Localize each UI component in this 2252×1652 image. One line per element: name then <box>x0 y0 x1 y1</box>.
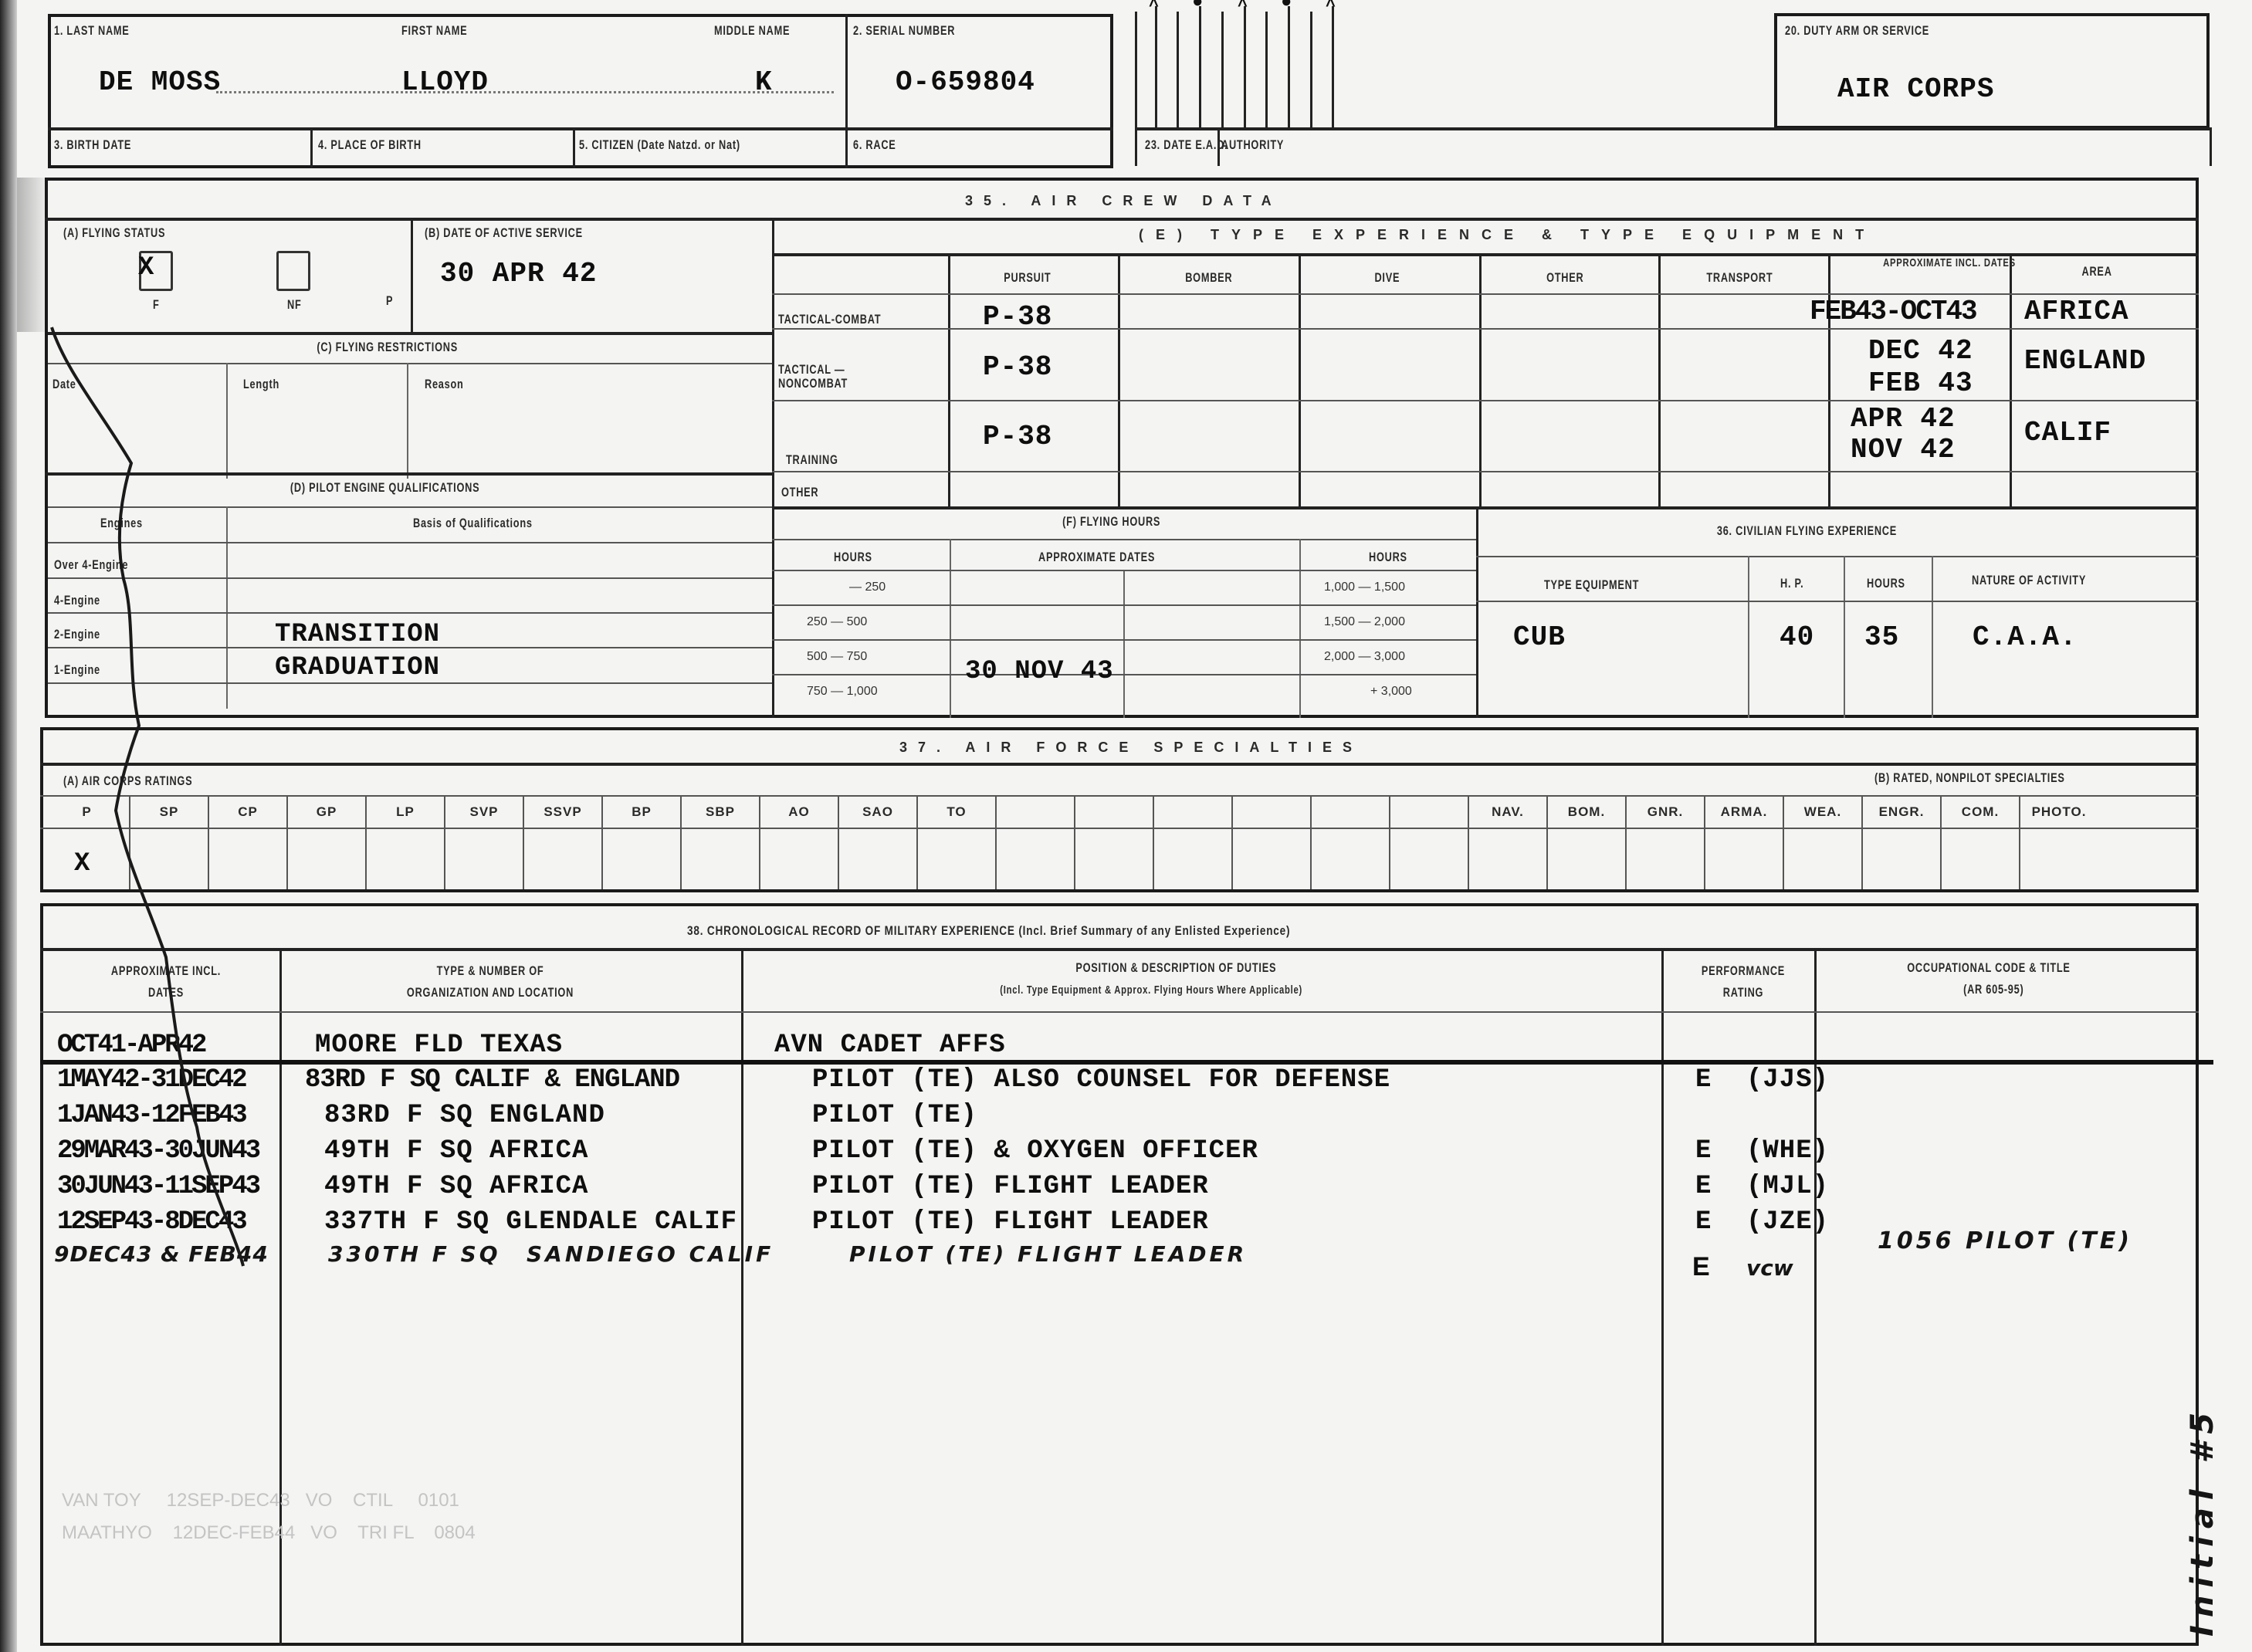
serial-number-label: 2. SERIAL NUMBER <box>853 23 955 39</box>
flying-status-f-checkbox[interactable]: X <box>139 251 173 291</box>
nonpilot-cell-bom[interactable]: BOM. <box>1548 795 1627 889</box>
rating-cell-ao[interactable]: AO <box>760 795 839 889</box>
civ-nature-value: C.A.A. <box>1973 621 2078 653</box>
last-name-value: DE MOSS <box>99 66 221 98</box>
chronological-title: 38. CHRONOLOGICAL RECORD OF MILITARY EXP… <box>687 923 1290 939</box>
nonpilot-cell-engr[interactable]: ENGR. <box>1863 795 1942 889</box>
heavy-rule <box>40 1060 2213 1065</box>
middle-name-label: MIDDLE NAME <box>714 23 790 39</box>
nonpilot-cell-arma[interactable]: ARMA. <box>1705 795 1784 889</box>
rating-cell-svp[interactable]: SVP <box>445 795 524 889</box>
hours-col-left: HOURS <box>834 550 872 565</box>
nonpilot-cell-photo[interactable]: PHOTO. <box>2020 795 2098 889</box>
basis-col-label: Basis of Qualifications <box>413 516 533 531</box>
rating-cell-ssvp[interactable]: SSVP <box>524 795 603 889</box>
type-col-area: AREA <box>2082 264 2112 279</box>
hours-range-right-3: 2,000 — 3,000 <box>1324 650 1405 664</box>
type-col-pursuit: PURSUIT <box>1004 270 1051 286</box>
binding-shadow <box>17 178 48 332</box>
approx-dates-col: APPROXIMATE DATES <box>1038 550 1155 565</box>
chrono-col-occupation-sub: (AR 605-95) <box>1963 982 2023 997</box>
type-col-dates: APPROXIMATE INCL. DATES <box>1883 256 2017 270</box>
training-pursuit: P-38 <box>983 421 1052 452</box>
specialties-title: 37. AIR FORCE SPECIALTIES <box>899 740 1363 756</box>
type-experience-label: (E) TYPE EXPERIENCE & TYPE EQUIPMENT <box>1139 227 1876 243</box>
nonpilot-label: (B) RATED, NONPILOT SPECIALTIES <box>1874 770 2065 786</box>
training-area: CALIF <box>2024 417 2111 449</box>
margin-initials: Initial #5 <box>2185 1405 2220 1637</box>
civ-col-hp: H. P. <box>1780 576 1803 591</box>
nonpilot-cell-wea[interactable]: WEA. <box>1784 795 1863 889</box>
civ-hp-value: 40 <box>1780 621 1814 653</box>
flying-hours-date-value: 30 NOV 43 <box>965 657 1114 686</box>
civ-col-hours: HOURS <box>1867 576 1905 591</box>
hours-range-right-4: + 3,000 <box>1370 685 1412 699</box>
nonpilot-cell-com[interactable]: COM. <box>1942 795 2020 889</box>
type-col-bomber: BOMBER <box>1185 270 1232 286</box>
rating-cell-sao[interactable]: SAO <box>839 795 918 889</box>
chrono-col-rating: PERFORMANCE RATING <box>1692 960 1796 1004</box>
rating-cell-to[interactable]: TO <box>918 795 997 889</box>
duty-arm-label: 20. DUTY ARM OR SERVICE <box>1785 23 1929 39</box>
hours-range-left-2: 250 — 500 <box>807 615 867 629</box>
first-name-label: FIRST NAME <box>401 23 467 39</box>
civ-type-value: CUB <box>1513 621 1566 653</box>
paper-tear-line <box>42 324 266 1652</box>
rating-cell-sbp[interactable]: SBP <box>682 795 760 889</box>
air-crew-data-title: 35. AIR CREW DATA <box>965 193 1282 209</box>
hours-range-left-3: 500 — 750 <box>807 650 867 664</box>
type-col-other: OTHER <box>1546 270 1583 286</box>
type-col-transport: TRANSPORT <box>1706 270 1773 286</box>
hours-range-right-1: 1,000 — 1,500 <box>1324 581 1405 594</box>
flying-status-f-label: F <box>153 297 160 313</box>
rating-cell-bp[interactable]: BP <box>603 795 682 889</box>
serial-number-value: O-659804 <box>896 66 1035 98</box>
date-ead-label: 23. DATE E.A.D. <box>1145 137 1228 153</box>
type-row-other: OTHER <box>781 485 818 500</box>
type-col-dive: DIVE <box>1374 270 1400 286</box>
chrono-col-position: POSITION & DESCRIPTION OF DUTIES <box>1075 960 1276 976</box>
rating-cell-lp[interactable]: LP <box>367 795 445 889</box>
flying-hours-label: (F) FLYING HOURS <box>1062 514 1160 530</box>
dotted-underline <box>216 91 834 93</box>
civilian-flying-title: 36. CIVILIAN FLYING EXPERIENCE <box>1717 523 1897 539</box>
tactical-noncombat-dates: DEC 42 <box>1868 335 1973 367</box>
engine-basis-1: GRADUATION <box>275 653 440 682</box>
citizen-label: 5. CITIZEN (Date Natzd. or Nat) <box>579 137 740 153</box>
type-row-tactical-noncombat: TACTICAL — NONCOMBAT <box>778 363 854 391</box>
flying-status-nf-label: NF <box>287 297 302 313</box>
flying-status-p-label: P <box>386 293 393 309</box>
nonpilot-cell-nav[interactable]: NAV. <box>1469 795 1548 889</box>
hours-range-left-1: — 250 <box>849 581 886 594</box>
birth-date-label: 3. BIRTH DATE <box>54 137 131 153</box>
active-service-value: 30 APR 42 <box>440 258 597 289</box>
training-dates: APR 42 <box>1851 403 1956 435</box>
hours-range-right-2: 1,500 — 2,000 <box>1324 615 1405 629</box>
authority-label: AUTHORITY <box>1221 137 1284 153</box>
flying-restrictions-label: (C) FLYING RESTRICTIONS <box>317 340 458 355</box>
hours-col-right: HOURS <box>1369 550 1407 565</box>
ratings-grid: P X SP CP GP LP SVP SSVP BP SBP AO SAO T… <box>45 795 2199 889</box>
arrow-columns: ^ ● ^ ● ^ <box>1127 0 1366 127</box>
restrictions-col-reason: Reason <box>425 377 464 392</box>
duty-arm-value: AIR CORPS <box>1837 73 1994 105</box>
civ-hours-value: 35 <box>1864 621 1899 653</box>
chrono-col-organization: TYPE & NUMBER OF ORGANIZATION AND LOCATI… <box>395 960 586 1004</box>
place-of-birth-label: 4. PLACE OF BIRTH <box>318 137 422 153</box>
nonpilot-cell-gnr[interactable]: GNR. <box>1627 795 1705 889</box>
civ-col-nature: NATURE OF ACTIVITY <box>1972 573 2086 588</box>
training-dates2: NOV 42 <box>1851 434 1956 465</box>
tactical-noncombat-pursuit: P-38 <box>983 351 1052 383</box>
last-name-label: 1. LAST NAME <box>54 23 130 39</box>
civ-col-type: TYPE EQUIPMENT <box>1544 577 1639 593</box>
engine-qualifications-label: (D) PILOT ENGINE QUALIFICATIONS <box>290 480 479 496</box>
binding-edge <box>0 0 17 1652</box>
hours-range-left-4: 750 — 1,000 <box>807 685 878 699</box>
type-row-tactical-combat: TACTICAL-COMBAT <box>778 312 881 327</box>
flying-status-nf-checkbox[interactable] <box>276 251 310 291</box>
race-label: 6. RACE <box>853 137 896 153</box>
rating-cell-gp[interactable]: GP <box>288 795 367 889</box>
chrono-col-position-sub: (Incl. Type Equipment & Approx. Flying H… <box>1000 983 1302 997</box>
engine-basis-2: TRANSITION <box>275 620 440 649</box>
tactical-noncombat-dates2: FEB 43 <box>1868 367 1973 399</box>
type-row-training: TRAINING <box>786 452 838 468</box>
tactical-combat-dates: FEB43-OCT43 <box>1810 296 1976 327</box>
tactical-noncombat-area: ENGLAND <box>2024 345 2146 377</box>
chrono-col-occupation: OCCUPATIONAL CODE & TITLE <box>1907 960 2070 976</box>
active-service-label: (B) DATE OF ACTIVE SERVICE <box>425 225 583 241</box>
flying-status-label: (A) FLYING STATUS <box>63 225 165 241</box>
tactical-combat-area: AFRICA <box>2024 296 2129 327</box>
